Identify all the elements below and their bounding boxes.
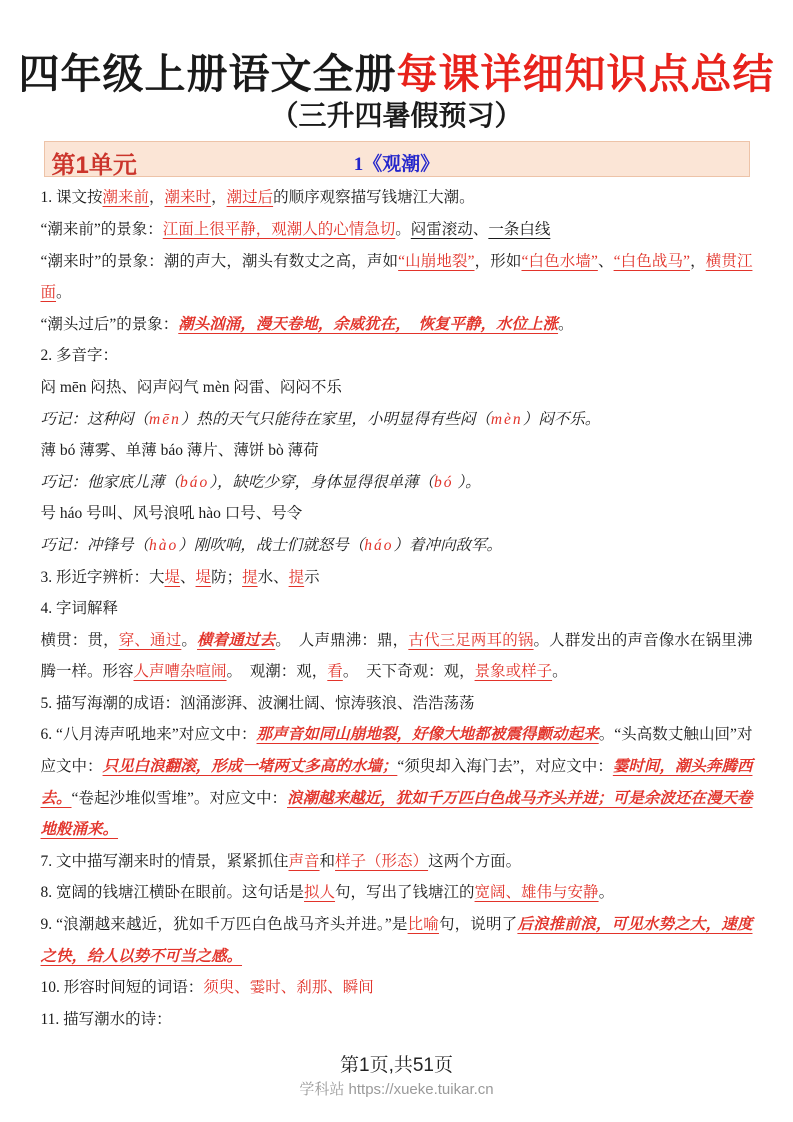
page-number: 第1页,共51页	[0, 1050, 793, 1077]
text-segment: háo	[364, 537, 393, 554]
text-paragraph: 巧记：这种闷（mēn）热的天气只能待在家里，小明显得有些闷（mèn）闷不乐。	[41, 404, 753, 436]
text-segment: 4. 字词解释	[41, 600, 119, 617]
text-segment: 潮头汹涌，漫天卷地，余威犹在， 恢复平静，水位上涨	[178, 316, 558, 333]
unit-bar: 第1单元 1《观潮》	[44, 141, 750, 177]
text-paragraph: 6. “八月涛声吼地来”对应文中：那声音如同山崩地裂，好像大地都被震得颤动起来。…	[41, 719, 753, 845]
text-segment: “白色战马”	[614, 253, 690, 270]
text-segment: 9. “浪潮越来越近，犹如千万匹白色战马齐头并进。”是	[41, 916, 408, 933]
text-segment: 。 人声鼎沸：鼎，	[275, 632, 408, 649]
text-segment: 8. 宽阔的钱塘江横卧在眼前。这句话是	[41, 884, 305, 901]
text-segment: 古代三足两耳的锅	[408, 632, 533, 649]
text-segment: ）闷不乐。	[523, 411, 601, 428]
text-segment: “山崩地裂”	[398, 253, 474, 270]
text-segment: 10. 形容时间短的词语：	[41, 979, 204, 996]
text-segment: ）热的天气只能待在家里，小明显得有些闷（	[181, 411, 491, 428]
text-paragraph: 4. 字词解释	[41, 593, 753, 625]
text-segment: 堤	[196, 569, 212, 586]
text-segment: hào	[149, 537, 178, 554]
text-segment: 薄 bó 薄雾、单薄 báo 薄片、薄饼 bò 薄荷	[41, 442, 319, 459]
text-segment: “白色水墙”	[521, 253, 597, 270]
text-segment: 闷雷滚动	[411, 221, 473, 238]
text-segment: 。	[599, 884, 615, 901]
text-segment: 潮来前	[103, 189, 150, 206]
text-segment: “须臾却入海门去”，对应文中：	[397, 758, 613, 775]
text-segment: 。 观潮：观，	[227, 663, 328, 680]
text-segment: 闷 mēn 闷热、闷声闷气 mèn 闷雷、闷闷不乐	[41, 379, 342, 396]
text-segment: “潮来前”的景象：	[41, 221, 163, 238]
text-segment: 句，说明了	[439, 916, 517, 933]
text-paragraph: 5. 描写海潮的成语：汹涌澎湃、波澜壮阔、惊涛骇浪、浩浩荡荡	[41, 688, 753, 720]
text-segment: bó	[434, 474, 454, 491]
text-segment: 。	[395, 221, 411, 238]
text-segment: 声音	[289, 853, 320, 870]
text-segment: 景象或样子	[475, 663, 553, 680]
text-paragraph: 7. 文中描写潮来时的情景，紧紧抓住声音和样子（形态）这两个方面。	[41, 846, 753, 878]
text-paragraph: 2. 多音字：	[41, 340, 753, 372]
document-page: 四年级上册语文全册每课详细知识点总结 （三升四暑假预习） 第1单元 1《观潮》 …	[0, 0, 793, 1122]
text-segment: 提	[242, 569, 258, 586]
text-segment: 穿、通过	[119, 632, 182, 649]
text-segment: 2. 多音字：	[41, 347, 119, 364]
text-segment: 巧记：他家底儿薄（	[41, 474, 181, 491]
text-segment: 。	[181, 632, 197, 649]
text-segment: 横贯：贯，	[41, 632, 119, 649]
text-paragraph: “潮来时”的景象：潮的声大，潮头有数丈之高，声如“山崩地裂”，形如“白色水墙”、…	[41, 246, 753, 309]
text-segment: 1. 课文按	[41, 189, 103, 206]
text-segment: 拟人	[304, 884, 335, 901]
text-segment: 和	[320, 853, 336, 870]
text-paragraph: 8. 宽阔的钱塘江横卧在眼前。这句话是拟人句，写出了钱塘江的宽阔、雄伟与安静。	[41, 877, 753, 909]
text-paragraph: “潮头过后”的景象：潮头汹涌，漫天卷地，余威犹在， 恢复平静，水位上涨。	[41, 309, 753, 341]
text-paragraph: “潮来前”的景象：江面上很平静，观潮人的心情急切。闷雷滚动、一条白线	[41, 214, 753, 246]
text-segment: ，	[149, 189, 165, 206]
text-segment: ，形如	[475, 253, 522, 270]
text-segment: ，	[211, 189, 227, 206]
text-segment: 。	[552, 663, 568, 680]
text-segment: 3. 形近字辨析：大	[41, 569, 165, 586]
text-segment: 巧记：冲锋号（	[41, 537, 150, 554]
text-segment: “卷起沙堆似雪堆”。对应文中：	[72, 790, 288, 807]
text-segment: ）着冲向敌军。	[394, 537, 503, 554]
text-segment: ），缺吃少穿，身体显得很单薄（	[209, 474, 434, 491]
text-paragraph: 3. 形近字辨析：大堤、堤防；提水、提示	[41, 562, 753, 594]
text-segment: 11. 描写潮水的诗：	[41, 1011, 172, 1028]
doc-subtitle: （三升四暑假预习）	[0, 101, 793, 133]
text-segment: 、	[473, 221, 489, 238]
text-segment: ，	[690, 253, 706, 270]
text-segment: 5. 描写海潮的成语：汹涌澎湃、波澜壮阔、惊涛骇浪、浩浩荡荡	[41, 695, 475, 712]
text-segment: 潮来时	[165, 189, 212, 206]
text-segment: báo	[180, 474, 209, 491]
text-segment: 人声嘈杂喧闹	[134, 663, 227, 680]
page-footer: 第1页,共51页 学科站 https://xueke.tuikar.cn	[0, 1050, 793, 1099]
text-segment: 横着通过去	[197, 632, 275, 649]
text-segment: 防；	[211, 569, 242, 586]
text-paragraph: 号 háo 号叫、风号浪吼 hào 口号、号令	[41, 498, 753, 530]
text-segment: 、	[180, 569, 196, 586]
text-segment: 这两个方面。	[428, 853, 521, 870]
text-segment: 只见白浪翻滚，形成一堵两丈多高的水墙；	[103, 758, 398, 775]
text-segment: 巧记：这种闷（	[41, 411, 150, 428]
text-paragraph: 10. 形容时间短的词语：须臾、霎时、刹那、瞬间	[41, 972, 753, 1004]
text-segment: 6. “八月涛声吼地来”对应文中：	[41, 726, 257, 743]
text-segment: 比喻	[408, 916, 439, 933]
text-segment: “潮来时”的景象：潮的声大，潮头有数丈之高，声如	[41, 253, 399, 270]
doc-title: 四年级上册语文全册每课详细知识点总结	[0, 50, 793, 99]
text-segment: 堤	[165, 569, 181, 586]
text-segment: mèn	[491, 411, 523, 428]
text-segment: 、	[598, 253, 614, 270]
text-segment: 水、	[258, 569, 289, 586]
text-segment: 句，写出了钱塘江的	[335, 884, 475, 901]
text-segment: 江面上很平静，观潮人的心情急切	[163, 221, 396, 238]
text-segment: 7. 文中描写潮来时的情景，紧紧抓住	[41, 853, 289, 870]
text-segment: 那声音如同山崩地裂，好像大地都被震得颤动起来	[257, 726, 599, 743]
text-segment: 。	[56, 284, 72, 301]
text-paragraph: 9. “浪潮越来越近，犹如千万匹白色战马齐头并进。”是比喻句，说明了后浪推前浪，…	[41, 909, 753, 972]
text-paragraph: 横贯：贯，穿、通过。横着通过去。 人声鼎沸：鼎，古代三足两耳的锅。人群发出的声音…	[41, 625, 753, 688]
text-paragraph: 1. 课文按潮来前，潮来时，潮过后的顺序观察描写钱塘江大潮。	[41, 182, 753, 214]
lesson-title: 1《观潮》	[45, 149, 749, 176]
text-segment: 。 天下奇观：观，	[343, 663, 475, 680]
text-segment: 潮过后	[227, 189, 274, 206]
text-paragraph: 薄 bó 薄雾、单薄 báo 薄片、薄饼 bò 薄荷	[41, 435, 753, 467]
doc-title-black: 四年级上册语文全册	[19, 51, 397, 97]
text-segment: 号 háo 号叫、风号浪吼 hào 口号、号令	[41, 505, 303, 522]
text-segment: 须臾、霎时、刹那、瞬间	[203, 979, 374, 996]
text-paragraph: 巧记：他家底儿薄（báo），缺吃少穿，身体显得很单薄（bó ）。	[41, 467, 753, 499]
content-area: 1. 课文按潮来前，潮来时，潮过后的顺序观察描写钱塘江大潮。“潮来前”的景象：江…	[41, 182, 753, 1035]
text-paragraph: 巧记：冲锋号（hào）刚吹响，战士们就怒号（háo）着冲向敌军。	[41, 530, 753, 562]
text-segment: “潮头过后”的景象：	[41, 316, 179, 333]
doc-title-red: 每课详细知识点总结	[397, 51, 775, 97]
text-segment: 样子（形态）	[335, 853, 428, 870]
text-segment: 提	[289, 569, 305, 586]
text-segment: 的顺序观察描写钱塘江大潮。	[273, 189, 475, 206]
text-segment: mēn	[149, 411, 181, 428]
text-segment: 宽阔、雄伟与安静	[475, 884, 599, 901]
text-segment: 看	[327, 663, 343, 680]
text-segment: ）。	[454, 474, 481, 491]
text-segment: 示	[304, 569, 320, 586]
text-segment: 。	[558, 316, 574, 333]
text-segment: ）刚吹响，战士们就怒号（	[178, 537, 364, 554]
text-paragraph: 11. 描写潮水的诗：	[41, 1004, 753, 1036]
watermark-url: 学科站 https://xueke.tuikar.cn	[0, 1078, 793, 1099]
text-paragraph: 闷 mēn 闷热、闷声闷气 mèn 闷雷、闷闷不乐	[41, 372, 753, 404]
text-segment: 一条白线	[488, 221, 550, 238]
